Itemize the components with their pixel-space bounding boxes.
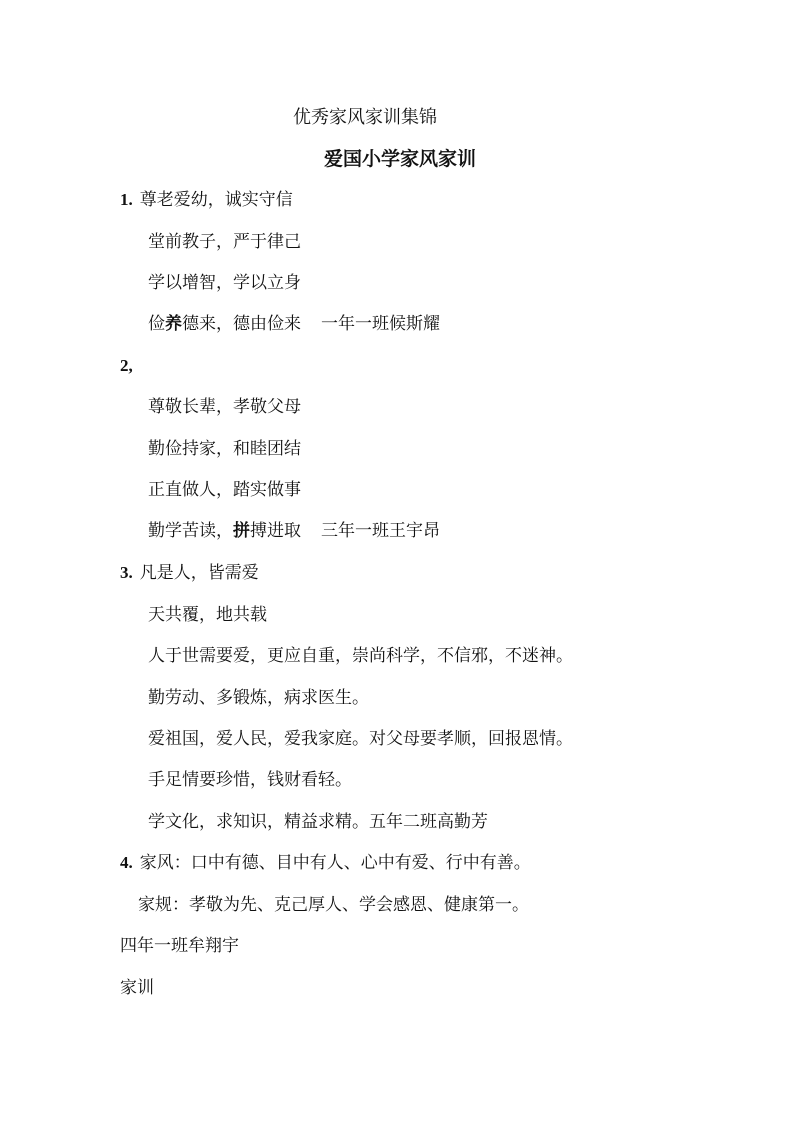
section-3-heading: 3.凡是人，皆需爱 [120, 562, 259, 584]
section-text: 尊老爱幼，诚实守信 [140, 190, 293, 210]
section-3-line: 勤劳动、多锻炼，病求医生。 [148, 687, 369, 709]
text-part: 勤学苦读， [148, 521, 233, 541]
section-number: 1. [120, 190, 133, 209]
section-4-heading: 4.家风：口中有德、目中有人、心中有爱、行中有善。 [120, 852, 531, 874]
text-part: 德来，德由俭来 [182, 314, 301, 334]
text-part: 俭 [148, 314, 165, 334]
section-text: 家风：口中有德、目中有人、心中有爱、行中有善。 [140, 853, 531, 873]
author-credit: 四年一班牟翔宇 [120, 935, 239, 957]
section-number: 2, [120, 356, 133, 375]
document-page: 优秀家风家训集锦 爱国小学家风家训 1.尊老爱幼，诚实守信 堂前教子，严于律己 … [0, 0, 794, 1123]
section-3-last-line: 学文化，求知识，精益求精。五年二班高勤芳 [148, 811, 488, 833]
author-credit: 一年一班候斯耀 [321, 314, 440, 334]
section-2-last-line: 勤学苦读，拼搏进取三年一班王宇昂 [148, 520, 440, 542]
section-3-line: 天共覆，地共载 [148, 604, 267, 626]
document-title: 优秀家风家训集锦 [293, 107, 437, 129]
section-1-line: 堂前教子，严于律己 [148, 231, 301, 253]
document-subtitle: 爱国小学家风家训 [324, 148, 476, 170]
text-bold: 养 [165, 314, 182, 334]
trailing-heading: 家训 [120, 977, 154, 999]
section-3-line: 爱祖国，爱人民，爱我家庭。对父母要孝顺，回报恩情。 [148, 728, 573, 750]
section-2-line: 勤俭持家，和睦团结 [148, 438, 301, 460]
section-number: 4. [120, 853, 133, 872]
text-bold: 拼 [233, 521, 250, 541]
section-1-line: 学以增智，学以立身 [148, 272, 301, 294]
section-3-line: 人于世需要爱，更应自重，崇尚科学，不信邪，不迷神。 [148, 645, 573, 667]
section-2-line: 尊敬长辈，孝敬父母 [148, 396, 301, 418]
section-1-heading: 1.尊老爱幼，诚实守信 [120, 189, 293, 211]
section-number: 3. [120, 563, 133, 582]
section-2-heading: 2, [120, 355, 140, 377]
section-text: 凡是人，皆需爱 [140, 563, 259, 583]
section-4-line: 家规：孝敬为先、克己厚人、学会感恩、健康第一。 [138, 894, 529, 916]
text-part: 搏进取 [250, 521, 301, 541]
section-2-line: 正直做人，踏实做事 [148, 479, 301, 501]
author-credit: 三年一班王宇昂 [321, 521, 440, 541]
section-3-line: 手足情要珍惜，钱财看轻。 [148, 769, 352, 791]
section-1-last-line: 俭养德来，德由俭来一年一班候斯耀 [148, 313, 440, 335]
